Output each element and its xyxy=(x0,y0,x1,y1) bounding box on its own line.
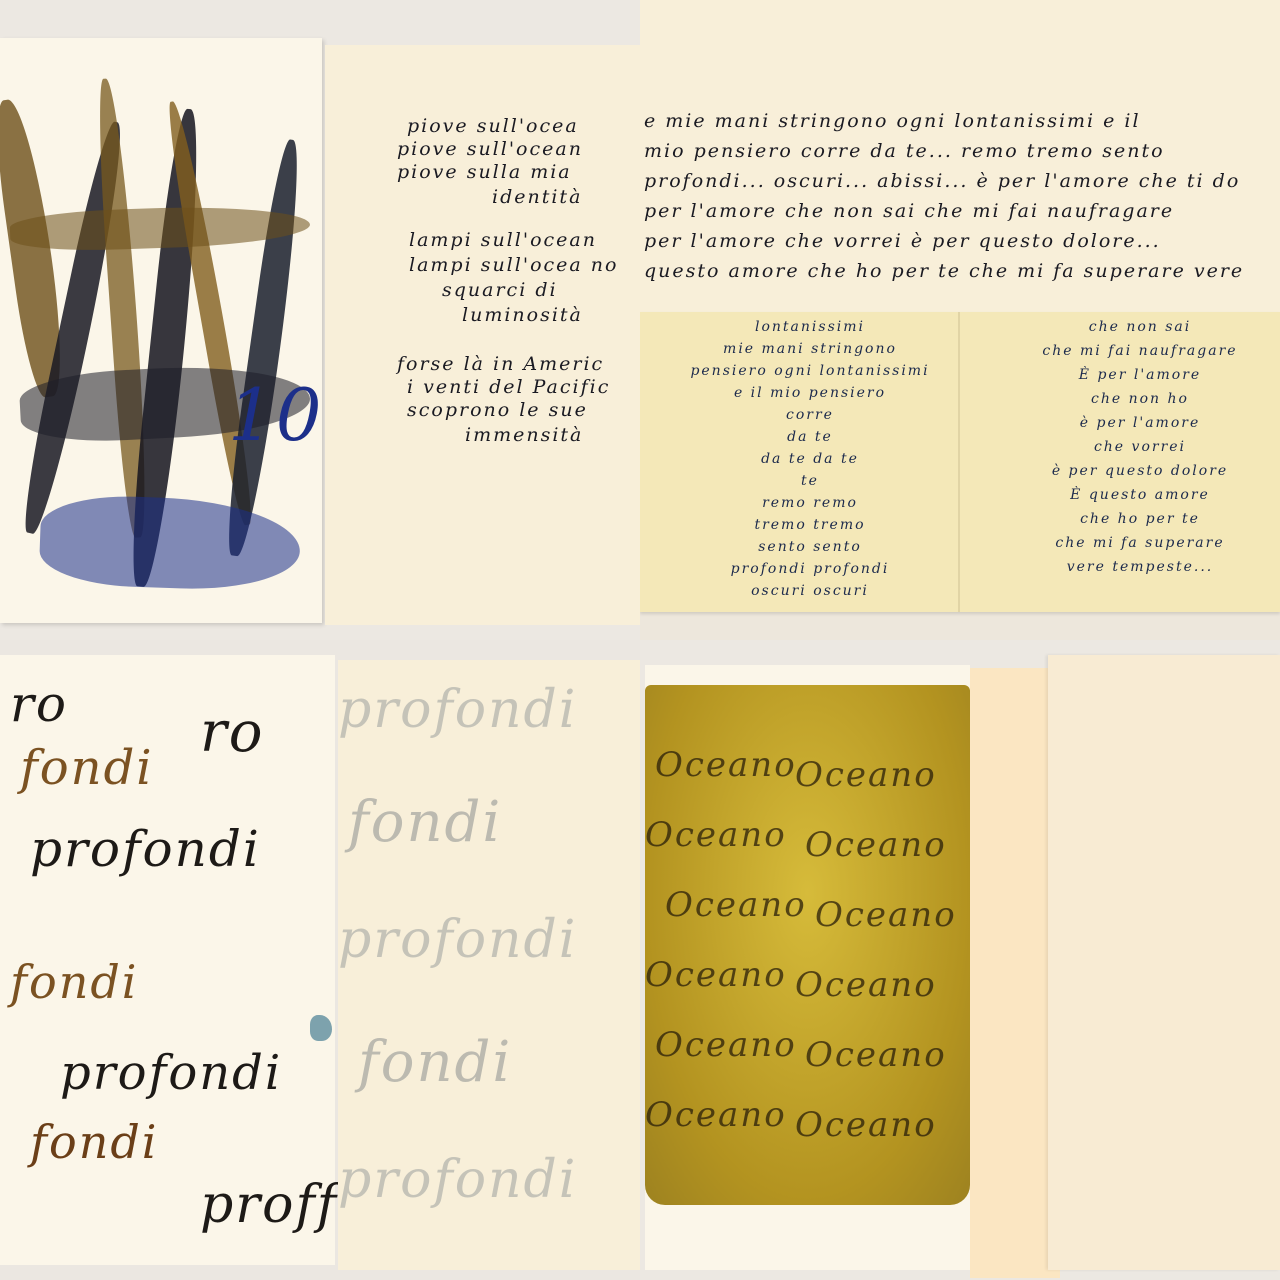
oceano-word: Oceano xyxy=(665,885,807,925)
overlay-line: che ho per te xyxy=(1010,512,1270,526)
overlay-line: te xyxy=(660,474,960,488)
ghost-fragment: profondi xyxy=(338,910,577,970)
gold-paint-area: Oceano Oceano Oceano Oceano Oceano Ocean… xyxy=(645,685,970,1205)
poem-line: per l'amore che non sai che mi fai naufr… xyxy=(644,202,1244,221)
calligraphy-fragment: fondi xyxy=(10,955,139,1009)
oceano-word: Oceano xyxy=(655,1025,797,1065)
poem-line: mio pensiero corre da te... remo tremo s… xyxy=(644,142,1244,161)
calligraphy-fragment: profondi xyxy=(60,1045,282,1101)
overlay-line: è per questo dolore xyxy=(1010,464,1270,478)
calligraphy-fragment: fondi xyxy=(30,1115,159,1169)
calligraphy-fragment: ro xyxy=(10,675,68,733)
poem-text: e mie mani stringono ogni lontanissimi e… xyxy=(644,112,1244,281)
overlay-line: che non sai xyxy=(1010,320,1270,334)
poem-line: squarci di xyxy=(442,281,618,300)
poem-line: lampi sull'ocean xyxy=(409,231,618,250)
blue-glyph-10: 10 xyxy=(228,373,324,457)
photo-bottom-right: Oceano Oceano Oceano Oceano Oceano Ocean… xyxy=(640,640,1280,1280)
overlay-line: tremo tremo xyxy=(660,518,960,532)
calligraphy-fragment: ro xyxy=(200,700,264,765)
poem-line: i venti del Pacific xyxy=(407,378,618,397)
ghost-fragment: fondi xyxy=(358,1030,512,1095)
translucent-overlay-page: lontanissimi mie mani stringono pensiero… xyxy=(640,312,1280,612)
poem-line: e mie mani stringono ogni lontanissimi e… xyxy=(644,112,1244,131)
overlay-line: oscuri oscuri xyxy=(660,584,960,598)
ink-stroke xyxy=(39,493,302,592)
dense-calligraphy-page: ro fondi profondi ro fondi profondi fond… xyxy=(0,655,335,1265)
oceano-word: Oceano xyxy=(805,825,947,865)
poem-line: piove sull'ocea xyxy=(407,117,618,136)
blank-handmade-page xyxy=(1048,655,1280,1270)
calligraphy-fragment: proff xyxy=(200,1175,338,1235)
overlay-line: da te xyxy=(660,430,960,444)
overlay-line: mie mani stringono xyxy=(660,342,960,356)
overlay-line: da te da te xyxy=(660,452,960,466)
ghost-fragment: fondi xyxy=(348,790,502,855)
overlay-line: profondi profondi xyxy=(660,562,960,576)
blank-flyleaf xyxy=(970,668,1060,1278)
poem-line: piove sulla mia xyxy=(397,163,618,182)
poem-line: forse là in Americ xyxy=(397,355,618,374)
poem-text: piove sull'ocea piove sull'ocean piove s… xyxy=(397,117,618,445)
oceano-word: Oceano xyxy=(805,1035,947,1075)
gold-ocean-page: Oceano Oceano Oceano Oceano Oceano Ocean… xyxy=(645,665,970,1270)
poem-line: lampi sull'ocea no xyxy=(409,256,618,275)
poem-line: per l'amore che vorrei è per questo dolo… xyxy=(644,232,1244,251)
poem-page: piove sull'ocea piove sull'ocean piove s… xyxy=(325,45,640,625)
overlay-line: lontanissimi xyxy=(660,320,960,334)
poem-line: luminosità xyxy=(462,306,618,325)
oceano-word: Oceano xyxy=(815,895,957,935)
poem-spread: e mie mani stringono ogni lontanissimi e… xyxy=(640,0,1280,320)
overlay-right-text: che non sai che mi fai naufragare È per … xyxy=(1010,320,1270,574)
oceano-word: Oceano xyxy=(645,1095,787,1135)
oceano-word: Oceano xyxy=(795,965,937,1005)
photo-bottom-left: ro fondi profondi ro fondi profondi fond… xyxy=(0,640,640,1280)
overlay-line: che vorrei xyxy=(1010,440,1270,454)
overlay-line: pensiero ogni lontanissimi xyxy=(660,364,960,378)
oceano-word: Oceano xyxy=(645,815,787,855)
oceano-word: Oceano xyxy=(795,1105,937,1145)
poem-line xyxy=(397,207,618,231)
overlay-line: È per l'amore xyxy=(1010,368,1270,382)
overlay-line: che non ho xyxy=(1010,392,1270,406)
overlay-left-text: lontanissimi mie mani stringono pensiero… xyxy=(660,320,960,598)
ghost-calligraphy-page: profondi fondi profondi fondi profondi xyxy=(338,660,640,1270)
ink-stroke xyxy=(221,138,309,558)
poem-line: questo amore che ho per te che mi fa sup… xyxy=(644,262,1244,281)
overlay-line: remo remo xyxy=(660,496,960,510)
overlay-line: e il mio pensiero xyxy=(660,386,960,400)
overlay-line: È questo amore xyxy=(1010,488,1270,502)
blue-ink-blot xyxy=(310,1015,332,1041)
photo-top-right: e mie mani stringono ogni lontanissimi e… xyxy=(640,0,1280,640)
calligraphy-fragment: fondi xyxy=(20,740,154,796)
ghost-fragment: profondi xyxy=(338,1150,577,1210)
oceano-word: Oceano xyxy=(795,755,937,795)
poem-line: identità xyxy=(492,188,618,207)
photo-top-left: 10 piove sull'ocea piove sull'ocean piov… xyxy=(0,0,640,640)
poem-line: piove sull'ocean xyxy=(397,140,618,159)
page-gutter xyxy=(958,312,960,612)
poem-line: immensità xyxy=(465,426,618,445)
poem-line: profondi... oscuri... abissi... è per l'… xyxy=(644,172,1244,191)
oceano-word: Oceano xyxy=(645,955,787,995)
oceano-word: Oceano xyxy=(655,745,797,785)
overlay-line: è per l'amore xyxy=(1010,416,1270,430)
poem-line xyxy=(397,325,618,355)
overlay-line: corre xyxy=(660,408,960,422)
abstract-calligraphy-page: 10 xyxy=(0,38,322,623)
overlay-line: sento sento xyxy=(660,540,960,554)
poem-line: scoprono le sue xyxy=(407,401,618,420)
overlay-line: che mi fa superare xyxy=(1010,536,1270,550)
calligraphy-fragment: profondi xyxy=(30,820,261,878)
overlay-line: vere tempeste... xyxy=(1010,560,1270,574)
ghost-fragment: profondi xyxy=(338,680,577,740)
overlay-line: che mi fai naufragare xyxy=(1010,344,1270,358)
